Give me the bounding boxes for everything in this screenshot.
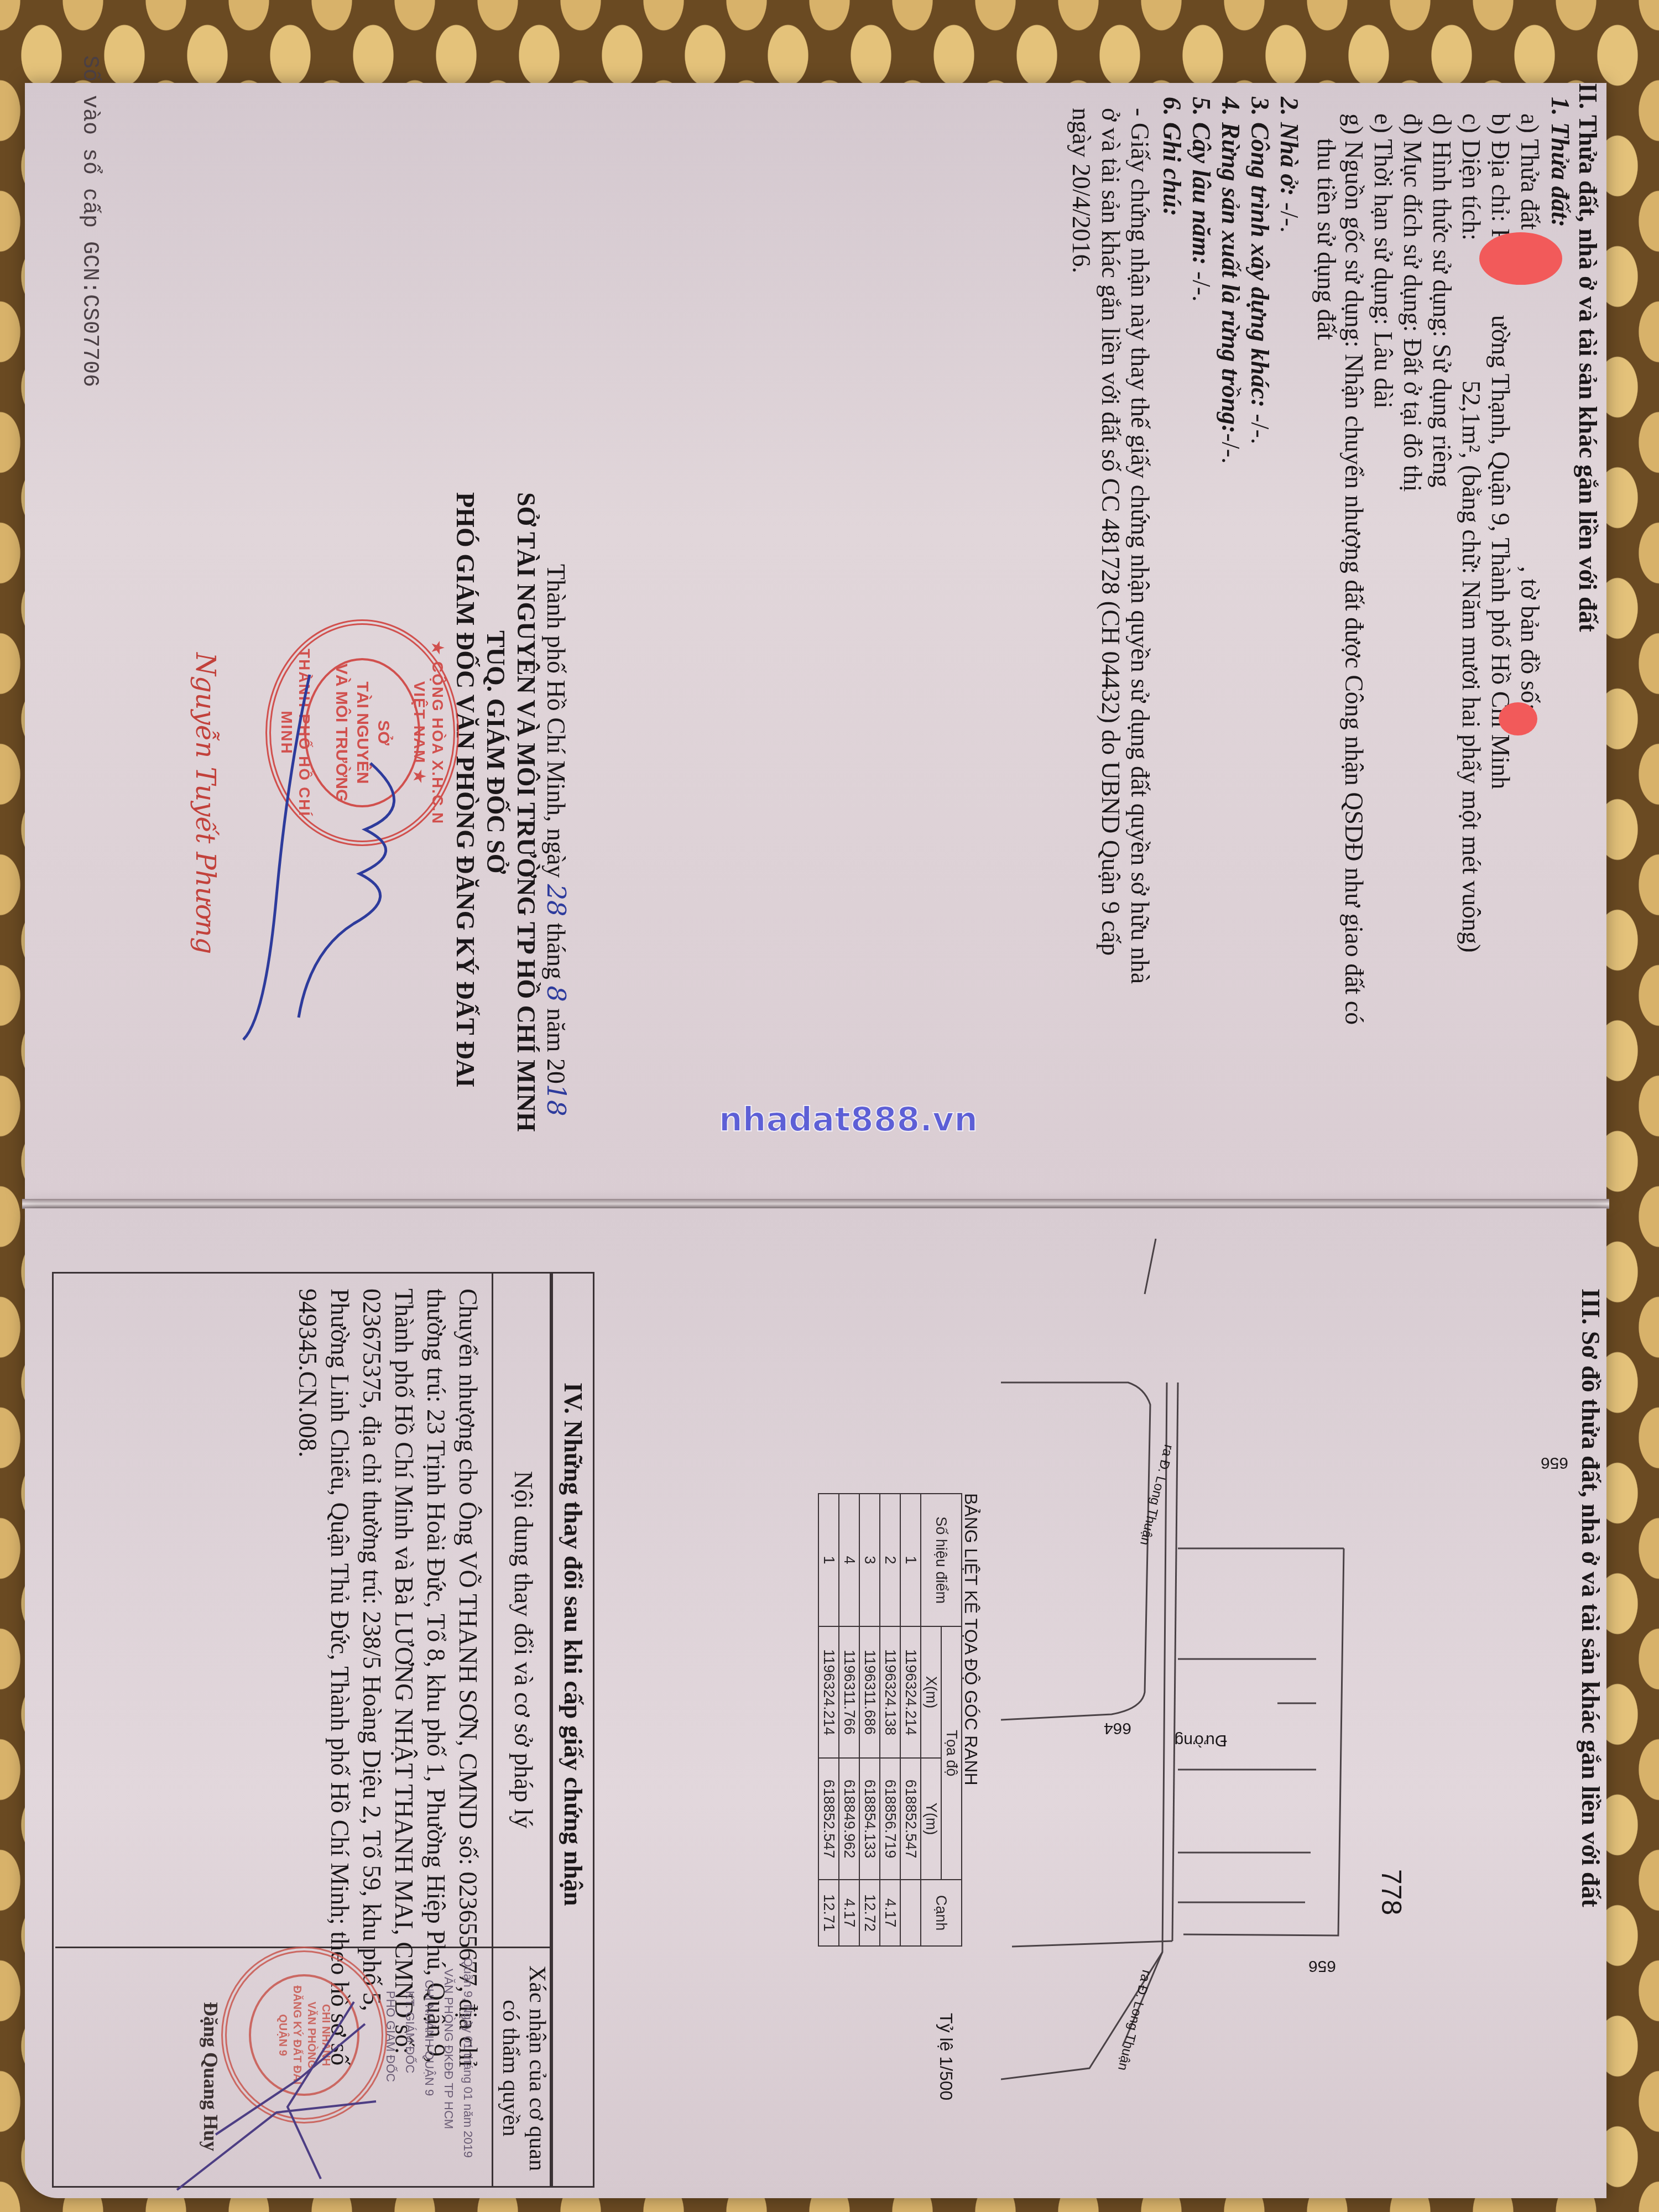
coord-cell-point: 3 [859, 1494, 880, 1626]
area-value: 52,1m² [1457, 380, 1485, 452]
place-date-line: Thành phố Hồ Chí Minh, ngày 28 tháng 8 n… [540, 564, 572, 1117]
redaction-mark [1499, 702, 1537, 735]
production-forest-row: 4. Rừng sản xuất là rừng trồng:-/-. [1214, 97, 1246, 464]
change-entry-line: thường trú: 23 Trịnh Hoài Đức, Tổ 8, khu… [420, 1288, 452, 2067]
area-row: c) Diện tích: 52,1m², (bằng chữ: Năm mươ… [1455, 113, 1487, 953]
other-construction-label: 3. Công trình xây dựng khác: [1246, 97, 1274, 408]
coord-cell-edge: 4.17 [880, 1880, 900, 1946]
usage-origin-line2: thu tiền sử dụng đất [1310, 138, 1342, 340]
perennial-trees-value: -/-. [1187, 272, 1215, 302]
notes-line: ngày 20/4/2016. [1065, 108, 1097, 273]
area-label: c) Diện tích: [1457, 113, 1485, 241]
area-in-words: , (bằng chữ: Năm mươi hai phẩy một mét v… [1457, 452, 1485, 953]
coord-header-y: Y(m) [921, 1758, 941, 1880]
coord-header-point: Số hiệu điểm [921, 1494, 962, 1626]
confirm-signer: Đặng Quang Huy [195, 2002, 227, 2151]
coord-cell-edge: 12.72 [859, 1880, 880, 1946]
usage-form-value: Sử dụng riêng [1428, 344, 1456, 488]
col-confirm-header: Xác nhận của cơ quan có thẩm quyền [497, 1958, 550, 2179]
watermark: nhadat888.vn [719, 1100, 978, 1139]
signer-name: Nguyễn Tuyết Phương [189, 653, 221, 954]
address-label: b) Địa chỉ: [1486, 113, 1515, 222]
coord-cell-point: 2 [880, 1494, 900, 1626]
section-4-heading: IV. Những thay đổi sau khi cấp giấy chứn… [557, 1383, 589, 1906]
date-year: 18 [541, 1084, 571, 1117]
registry-note: Số vào sổ cấp GCN:CS07706 [73, 55, 105, 387]
perennial-trees-row: 5. Cây lâu năm: -/-. [1185, 97, 1217, 302]
coord-row: 11196324.214618852.54712.71 [818, 1494, 839, 1946]
usage-form-row: d) Hình thức sử dụng: Sử dụng riêng [1426, 113, 1458, 488]
coord-row: 41196311.766618849.9624.17 [839, 1494, 859, 1946]
notes-line: ở và tài sản khác gắn liền với đất số CC… [1094, 108, 1126, 956]
neighbor-label: 656 [1308, 1950, 1336, 1982]
notes-line: - Giấy chứng nhận này thay thế giấy chứn… [1124, 108, 1156, 984]
coord-cell-x: 1196311.766 [839, 1626, 859, 1758]
house-row: 2. Nhà ở: -/-. [1273, 97, 1305, 233]
coord-cell-edge: 12.71 [818, 1880, 839, 1946]
coord-cell-x: 1196324.214 [900, 1626, 921, 1758]
usage-term-row: e) Thời hạn sử dụng: Lâu dài [1367, 113, 1399, 409]
other-construction-row: 3. Công trình xây dựng khác: -/-. [1244, 97, 1276, 444]
neighbor-label: 664 [1104, 1712, 1131, 1744]
coord-header-x: X(m) [921, 1626, 941, 1758]
map-sheet-label: , tờ bản đồ số: [1516, 566, 1544, 711]
coord-cell-x: 1196311.686 [859, 1626, 880, 1758]
section-3-heading: III. Sơ đồ thửa đất, nhà ở và tài sản kh… [1574, 1288, 1606, 1907]
coord-row: 21196324.138618856.7194.17 [880, 1494, 900, 1946]
usage-term-value: Lâu dài [1369, 332, 1397, 409]
coord-header-coords: Tọa độ [941, 1626, 962, 1880]
coord-header-edge: Cạnh [921, 1880, 962, 1946]
parcel-number-row: a) Thửa đất số: , tờ bản đồ số: [1514, 113, 1546, 710]
road-label: Đường [1175, 1724, 1227, 1756]
year-label: năm 20 [542, 1008, 570, 1084]
section-2-heading: II. Thửa đất, nhà ở và tài sản khác gắn … [1572, 83, 1604, 632]
other-construction-value: -/-. [1246, 414, 1274, 444]
change-entry-line: Thành phố Hồ Chí Minh và Bà LƯƠNG NHẬT T… [388, 1288, 420, 2067]
coord-cell-y: 618849.962 [839, 1758, 859, 1880]
coord-cell-edge: 4.17 [839, 1880, 859, 1946]
perennial-trees-label: 5. Cây lâu năm: [1187, 97, 1215, 265]
date-month: 8 [541, 986, 571, 1002]
coord-cell-y: 618852.547 [900, 1758, 921, 1880]
parcel-title: 1. Thửa đất: [1544, 97, 1576, 227]
usage-origin-row: g) Nguồn gốc sử dụng: Nhận chuyển nhượng… [1338, 113, 1370, 1025]
coord-table: Số hiệu điểm Tọa độ Cạnh X(m) Y(m) 11196… [818, 1493, 962, 1947]
date-day: 28 [541, 884, 571, 917]
redaction-mark [1479, 232, 1562, 285]
coord-cell-point: 1 [900, 1494, 921, 1626]
coord-row: 31196311.686618854.13312.72 [859, 1494, 880, 1946]
usage-form-label: d) Hình thức sử dụng: [1428, 113, 1456, 337]
issuing-org: SỞ TÀI NGUYÊN VÀ MÔI TRƯỜNG TP HỒ CHÍ MI… [510, 492, 542, 1132]
notes-label: 6. Ghi chú: [1156, 97, 1188, 216]
on-behalf: TUQ. GIÁM ĐỐC SỞ [479, 630, 512, 874]
coord-cell-y: 618854.133 [859, 1758, 880, 1880]
place-date-prefix: Thành phố Hồ Chí Minh, ngày [542, 564, 570, 878]
production-forest-label: 4. Rừng sản xuất là rừng trồng: [1217, 97, 1245, 434]
handwritten-signature [210, 664, 442, 1051]
usage-purpose-value: Đất ở tại đô thị [1399, 338, 1427, 492]
signer-title: PHÓ GIÁM ĐỐC VĂN PHÒNG ĐĂNG KÝ ĐẤT ĐAI [449, 492, 481, 1088]
coord-cell-edge [900, 1880, 921, 1946]
change-entry-line: Chuyển nhượng cho Ông VÕ THANH SƠN, CMND… [452, 1288, 484, 2067]
month-label: tháng [542, 923, 570, 979]
coord-cell-y: 618856.719 [880, 1758, 900, 1880]
parcel-map [1001, 1217, 1554, 2212]
page-fold [22, 1199, 1609, 1209]
address-row: b) Địa chỉ: Phư ường Thạnh, Quận 9, Thàn… [1484, 113, 1516, 789]
coord-cell-point: 1 [818, 1494, 839, 1626]
usage-purpose-row: đ) Mục đích sử dụng: Đất ở tại đô thị [1396, 113, 1428, 492]
neighbor-label: 656 [1541, 1447, 1568, 1479]
certificate-document: II. Thửa đất, nhà ở và tài sản khác gắn … [0, 0, 1659, 2212]
col-content-header: Nội dung thay đổi và cơ sở pháp lý [507, 1471, 539, 1829]
house-value: -/-. [1275, 202, 1303, 233]
house-label: 2. Nhà ở: [1275, 97, 1303, 196]
coord-cell-y: 618852.547 [818, 1758, 839, 1880]
coord-cell-x: 1196324.214 [818, 1626, 839, 1758]
usage-purpose-label: đ) Mục đích sử dụng: [1399, 113, 1427, 332]
coord-cell-point: 4 [839, 1494, 859, 1626]
production-forest-value: -/-. [1217, 434, 1245, 464]
change-entry-line: 023675375, địa chỉ thường trú: 238/5 Hoà… [356, 1288, 388, 2067]
parcel-label-main: 778 [1375, 1869, 1407, 1915]
usage-term-label: e) Thời hạn sử dụng: [1369, 113, 1397, 325]
coord-row: 11196324.214618852.547 [900, 1494, 921, 1946]
usage-origin-label: g) Nguồn gốc sử dụng: [1340, 113, 1368, 348]
map-scale: Tỷ lệ 1/500 [930, 2013, 962, 2100]
coord-cell-x: 1196324.138 [880, 1626, 900, 1758]
usage-origin-value: Nhận chuyển nhượng đất được Công nhận QS… [1340, 354, 1368, 1025]
